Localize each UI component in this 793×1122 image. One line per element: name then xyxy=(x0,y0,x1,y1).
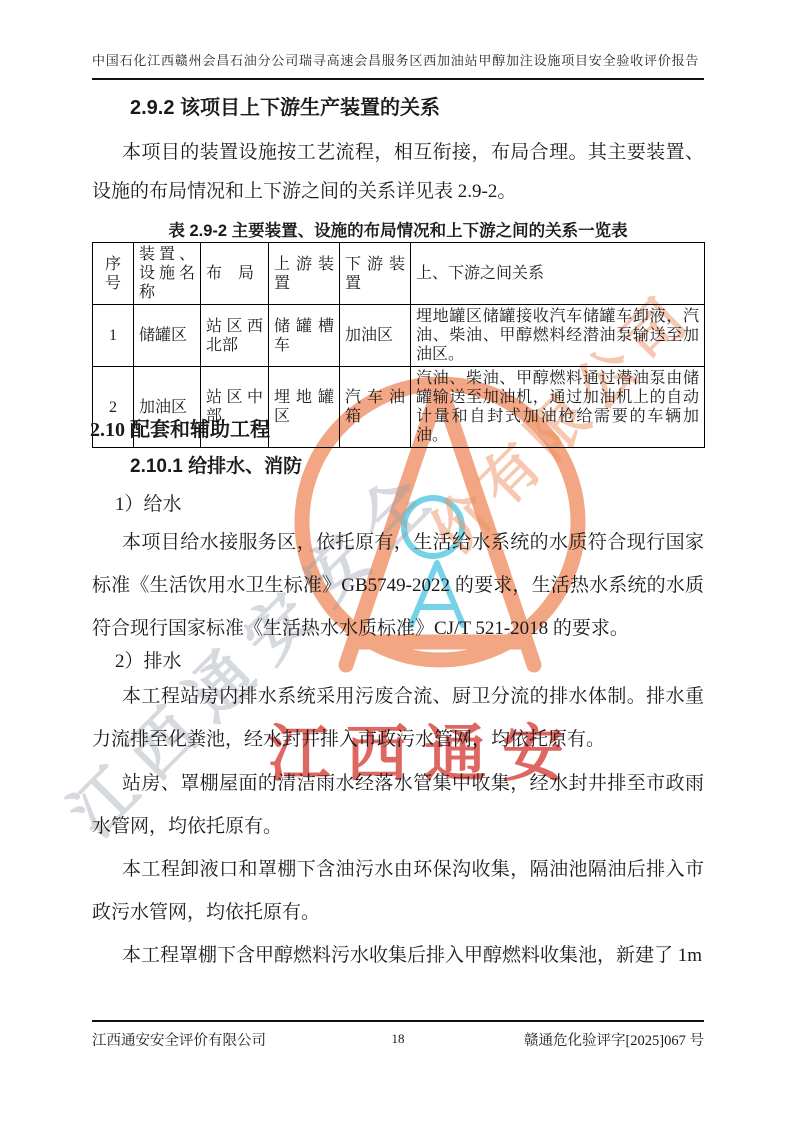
table-header-row: 序号 装置、设施名称 布 局 上游装置 下游装置 上、下游之间关系 xyxy=(93,243,705,305)
table-cell: 站区西北部 xyxy=(201,305,269,367)
table-header-cell: 布 局 xyxy=(201,243,269,305)
table-cell: 储罐区 xyxy=(134,305,201,367)
section-heading-210: 2.10 配套和辅助工程 xyxy=(90,413,270,442)
paragraph-drainage-1: 本工程站房内排水系统采用污废合流、厨卫分流的排水体制。排水重力流排至化粪池，经水… xyxy=(92,675,704,761)
table-cell: 1 xyxy=(93,305,134,367)
table-header-cell: 下游装置 xyxy=(340,243,411,305)
table-cell: 埋地罐区 xyxy=(269,367,340,448)
paragraph-water-supply: 本项目给水接服务区，依托原有，生活给水系统的水质符合现行国家标准《生活饮用水卫生… xyxy=(92,521,704,650)
table-header-cell: 上游装置 xyxy=(269,243,340,305)
section-heading-292: 2.9.2 该项目上下游生产装置的关系 xyxy=(130,91,440,120)
paragraph-drainage-3: 本工程卸液口和罩棚下含油污水由环保沟收集，隔油池隔油后排入市政污水管网，均依托原… xyxy=(92,848,704,934)
table-cell: 汽油、柴油、甲醇燃料通过潜油泵由储罐输送至加油机，通过加油机上的自动计量和自封式… xyxy=(411,367,705,448)
table-cell: 加油区 xyxy=(340,305,411,367)
list-item-water-supply: 1）给水 xyxy=(115,489,182,516)
document-page: 江西通安安全 价有限公司 江西通安 中国石化江西赣州会昌石油分公司瑞寻高速会昌服… xyxy=(0,0,793,1122)
page-footer: 江西通安安全评价有限公司 18 赣通危化验评字[2025]067 号 xyxy=(92,1020,704,1029)
table-header-cell: 装置、设施名称 xyxy=(134,243,201,305)
table-cell: 汽车油箱 xyxy=(340,367,411,448)
table-header-cell: 序号 xyxy=(93,243,134,305)
section-heading-2101: 2.10.1 给排水、消防 xyxy=(130,451,302,478)
table-cell: 埋地罐区储罐接收汽车储罐车卸液，汽油、柴油、甲醇燃料经潜油泵输送至加油区。 xyxy=(411,305,705,367)
paragraph-intro: 本项目的装置设施按工艺流程，相互衔接，布局合理。其主要装置、设施的布局情况和上下… xyxy=(92,133,704,211)
page-header: 中国石化江西赣州会昌石油分公司瑞寻高速会昌服务区西加油站甲醇加注设施项目安全验收… xyxy=(92,50,704,80)
paragraph-drainage-4: 本工程罩棚下含甲醇燃料污水收集后排入甲醇燃料收集池，新建了 1m xyxy=(92,934,704,977)
table-header-cell: 上、下游之间关系 xyxy=(411,243,705,305)
footer-doc-number: 赣通危化验评字[2025]067 号 xyxy=(524,1029,704,1050)
list-item-drainage: 2）排水 xyxy=(115,646,182,673)
table-row: 1 储罐区 站区西北部 储罐槽车 加油区 埋地罐区储罐接收汽车储罐车卸液，汽油、… xyxy=(93,305,705,367)
page-content: 中国石化江西赣州会昌石油分公司瑞寻高速会昌服务区西加油站甲醇加注设施项目安全验收… xyxy=(0,0,793,1122)
table-cell: 储罐槽车 xyxy=(269,305,340,367)
table-title: 表 2.9-2 主要装置、设施的布局情况和上下游之间的关系一览表 xyxy=(92,217,704,241)
paragraph-drainage-2: 站房、罩棚屋面的清洁雨水经落水管集中收集，经水封井排至市政雨水管网，均依托原有。 xyxy=(92,762,704,848)
